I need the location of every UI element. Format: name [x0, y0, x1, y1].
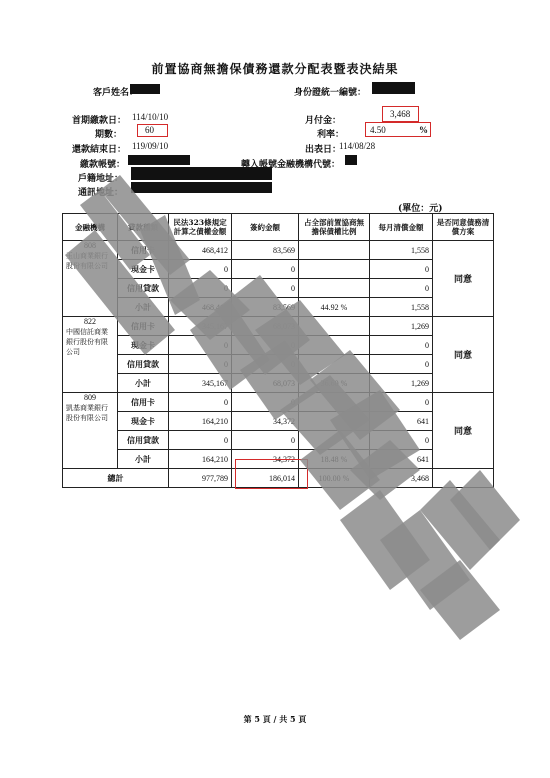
mailing-address-label: 通訊地址： [78, 185, 123, 198]
contract-amount: 68,073 [232, 317, 299, 336]
claim-amount: 0 [169, 355, 232, 374]
agree-status: 同意 [433, 393, 494, 469]
loan-type: 信用貸款 [118, 431, 169, 450]
claim-amount: 345,167 [169, 317, 232, 336]
bank-name: 中國信託商業銀行股份有限公司 [66, 328, 108, 356]
bank-code: 822 [66, 317, 114, 327]
loan-type: 小計 [118, 298, 169, 317]
issue-date-label: 出表日： [305, 142, 341, 155]
contract-amount: 0 [232, 355, 299, 374]
table-row: 信用貸款000 [63, 279, 494, 298]
first-payment-date-label: 首期繳款日： [72, 113, 126, 126]
total-ratio: 100.00 % [299, 469, 370, 488]
contract-amount: 0 [232, 336, 299, 355]
bank-cell: 822中國信託商業銀行股份有限公司 [63, 317, 118, 393]
total-contract-highlight [235, 459, 308, 489]
payment-account-label: 繳款帳號： [80, 157, 125, 170]
first-payment-date-value: 114/10/10 [132, 112, 168, 122]
loan-type: 信用卡 [118, 317, 169, 336]
repayment-end-label: 還款結束日： [72, 142, 126, 155]
household-address-label: 戶籍地址： [78, 171, 123, 184]
monthly-amount: 0 [370, 431, 433, 450]
table-row: 現金卡000 [63, 260, 494, 279]
ratio [299, 279, 370, 298]
table-row: 信用貸款000 [63, 431, 494, 450]
bank-code: 808 [66, 241, 114, 251]
contract-amount: 83,569 [232, 298, 299, 317]
bank-cell: 809凱基商業銀行股份有限公司 [63, 393, 118, 469]
claim-amount: 0 [169, 260, 232, 279]
loan-type: 信用卡 [118, 241, 169, 260]
loan-type: 現金卡 [118, 336, 169, 355]
claim-amount: 345,167 [169, 374, 232, 393]
contract-amount: 0 [232, 279, 299, 298]
transfer-bank-code-redaction [345, 155, 357, 165]
contract-amount: 0 [232, 260, 299, 279]
repayment-allocation-table: 金融機構 貸款種類 民法323條規定計算之債權金額 簽約金額 占全部前置協商無擔… [62, 213, 494, 488]
issue-date-value: 114/08/28 [339, 141, 375, 151]
loan-type: 現金卡 [118, 412, 169, 431]
header-bank: 金融機構 [63, 214, 118, 241]
monthly-amount: 0 [370, 336, 433, 355]
bank-name: 凱基商業銀行股份有限公司 [66, 404, 108, 422]
header-monthly-amount: 每月清償金額 [370, 214, 433, 241]
ratio [299, 412, 370, 431]
total-agree-empty [433, 469, 494, 488]
total-claim: 977,789 [169, 469, 232, 488]
claim-amount: 468,412 [169, 241, 232, 260]
interest-rate-label: 利率： [317, 127, 344, 140]
monthly-amount: 1,558 [370, 298, 433, 317]
monthly-payment-label: 月付金： [305, 113, 341, 126]
ratio [299, 336, 370, 355]
table-row: 信用貸款000 [63, 355, 494, 374]
agree-status: 同意 [433, 241, 494, 317]
bank-name: 玉山商業銀行股份有限公司 [66, 252, 108, 270]
mailing-address-redaction [131, 182, 272, 193]
page-footer: 第 5 頁 / 共 5 頁 [0, 714, 550, 725]
header-agree: 是否同意債務清償方案 [433, 214, 494, 241]
monthly-amount: 0 [370, 279, 433, 298]
periods-value: 60 [145, 125, 154, 135]
bank-code: 809 [66, 393, 114, 403]
loan-type: 信用卡 [118, 393, 169, 412]
loan-type: 信用貸款 [118, 355, 169, 374]
ratio [299, 317, 370, 336]
document-title: 前置協商無擔保債務還款分配表暨表決結果 [0, 60, 550, 77]
total-label: 總計 [63, 469, 169, 488]
header-claim-amount: 民法323條規定計算之債權金額 [169, 214, 232, 241]
loan-type: 小計 [118, 450, 169, 469]
interest-rate-unit: % [419, 125, 428, 135]
ratio [299, 355, 370, 374]
claim-amount: 0 [169, 336, 232, 355]
contract-amount: 83,569 [232, 241, 299, 260]
monthly-amount: 0 [370, 355, 433, 374]
claim-amount: 164,210 [169, 412, 232, 431]
loan-type: 小計 [118, 374, 169, 393]
contract-amount: 0 [232, 393, 299, 412]
table-row: 809凱基商業銀行股份有限公司信用卡000同意 [63, 393, 494, 412]
header-contract-amount: 簽約金額 [232, 214, 299, 241]
household-address-redaction [131, 167, 272, 180]
bank-cell: 808玉山商業銀行股份有限公司 [63, 241, 118, 317]
monthly-amount: 1,269 [370, 317, 433, 336]
monthly-payment-value: 3,468 [390, 109, 410, 119]
loan-type: 信用貸款 [118, 279, 169, 298]
contract-amount: 68,073 [232, 374, 299, 393]
agree-status: 同意 [433, 317, 494, 393]
contract-amount: 0 [232, 431, 299, 450]
ratio [299, 393, 370, 412]
monthly-amount: 1,558 [370, 241, 433, 260]
repayment-end-value: 119/09/10 [132, 141, 168, 151]
payment-account-redaction [128, 155, 190, 165]
table-row: 822中國信託商業銀行股份有限公司信用卡345,16768,0731,269同意 [63, 317, 494, 336]
claim-amount: 0 [169, 393, 232, 412]
total-monthly: 3,468 [370, 469, 433, 488]
customer-name-redaction [130, 84, 160, 94]
ratio [299, 431, 370, 450]
ratio: 36.60 % [299, 374, 370, 393]
header-loan-type: 貸款種類 [118, 214, 169, 241]
table-row: 小計345,16768,07336.60 %1,269 [63, 374, 494, 393]
table-header-row: 金融機構 貸款種類 民法323條規定計算之債權金額 簽約金額 占全部前置協商無擔… [63, 214, 494, 241]
periods-label: 期數： [95, 127, 122, 140]
monthly-amount: 0 [370, 260, 433, 279]
ratio [299, 260, 370, 279]
ratio [299, 241, 370, 260]
ratio: 18.48 % [299, 450, 370, 469]
table-row: 現金卡164,21034,372641 [63, 412, 494, 431]
monthly-amount: 641 [370, 412, 433, 431]
header-ratio: 占全部前置協商無擔保債權比例 [299, 214, 370, 241]
claim-amount: 468,412 [169, 298, 232, 317]
monthly-amount: 1,269 [370, 374, 433, 393]
id-number-label: 身份證統一編號： [294, 85, 366, 98]
table-row: 現金卡000 [63, 336, 494, 355]
id-number-redaction [372, 82, 415, 94]
claim-amount: 164,210 [169, 450, 232, 469]
interest-rate-value: 4.50 [370, 125, 386, 135]
table-row: 小計468,41283,56944.92 %1,558 [63, 298, 494, 317]
claim-amount: 0 [169, 279, 232, 298]
ratio: 44.92 % [299, 298, 370, 317]
contract-amount: 34,372 [232, 412, 299, 431]
claim-amount: 0 [169, 431, 232, 450]
table-row: 808玉山商業銀行股份有限公司信用卡468,41283,5691,558同意 [63, 241, 494, 260]
monthly-amount: 641 [370, 450, 433, 469]
monthly-amount: 0 [370, 393, 433, 412]
loan-type: 現金卡 [118, 260, 169, 279]
